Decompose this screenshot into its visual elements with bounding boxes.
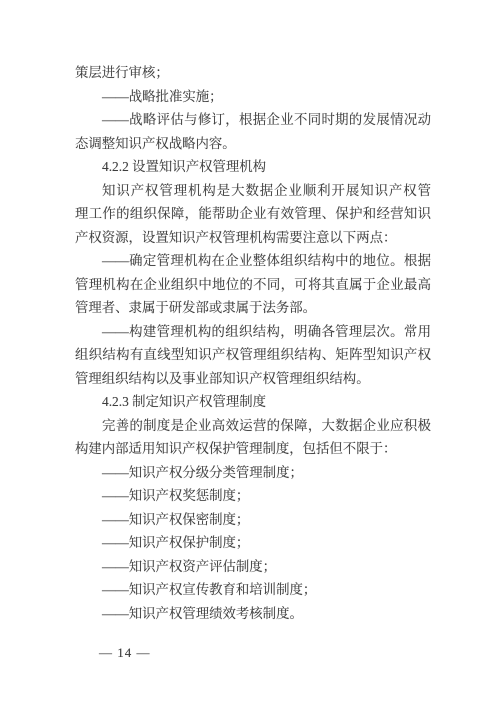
text-line: ——知识产权管理绩效考核制度。 (75, 602, 431, 626)
text-line: ——知识产权资产评估制度； (75, 555, 431, 579)
text-line: 完善的制度是企业高效运营的保障，大数据企业应积极 (75, 414, 431, 438)
text-line: ——知识产权宣传教育和培训制度； (75, 578, 431, 602)
document-body: 策层进行审核；——战略批准实施；——战略评估与修订，根据企业不同时期的发展情况动… (75, 61, 431, 625)
text-line: ——知识产权分级分类管理制度； (75, 461, 431, 485)
text-line: 态调整知识产权战略内容。 (75, 132, 431, 156)
text-line: 构建内部适用知识产权保护管理制度，包括但不限于： (75, 437, 431, 461)
text-line: 组织结构有直线型知识产权管理组织结构、矩阵型知识产权 (75, 343, 431, 367)
text-line: 管理组织结构以及事业部知识产权管理组织结构。 (75, 367, 431, 391)
text-line: ——知识产权保护制度； (75, 531, 431, 555)
section-heading: 4.2.3 制定知识产权管理制度 (75, 390, 431, 414)
text-line: 产权资源，设置知识产权管理机构需要注意以下两点： (75, 226, 431, 250)
text-line: 理工作的组织保障，能帮助企业有效管理、保护和经营知识 (75, 202, 431, 226)
text-line: 管理机构在企业组织中地位的不同，可将其直属于企业最高 (75, 273, 431, 297)
text-line: 策层进行审核； (75, 61, 431, 85)
text-line: ——构建管理机构的组织结构，明确各管理层次。常用 (75, 320, 431, 344)
section-heading: 4.2.2 设置知识产权管理机构 (75, 155, 431, 179)
text-line: ——战略批准实施； (75, 85, 431, 109)
document-page: 策层进行审核；——战略批准实施；——战略评估与修订，根据企业不同时期的发展情况动… (0, 0, 500, 707)
text-line: ——确定管理机构在企业整体组织结构中的地位。根据 (75, 249, 431, 273)
text-line: ——知识产权保密制度； (75, 508, 431, 532)
page-number: — 14 — (99, 644, 151, 662)
text-line: 知识产权管理机构是大数据企业顺利开展知识产权管 (75, 179, 431, 203)
text-line: ——战略评估与修订，根据企业不同时期的发展情况动 (75, 108, 431, 132)
text-line: ——知识产权奖惩制度； (75, 484, 431, 508)
text-line: 管理者、隶属于研发部或隶属于法务部。 (75, 296, 431, 320)
